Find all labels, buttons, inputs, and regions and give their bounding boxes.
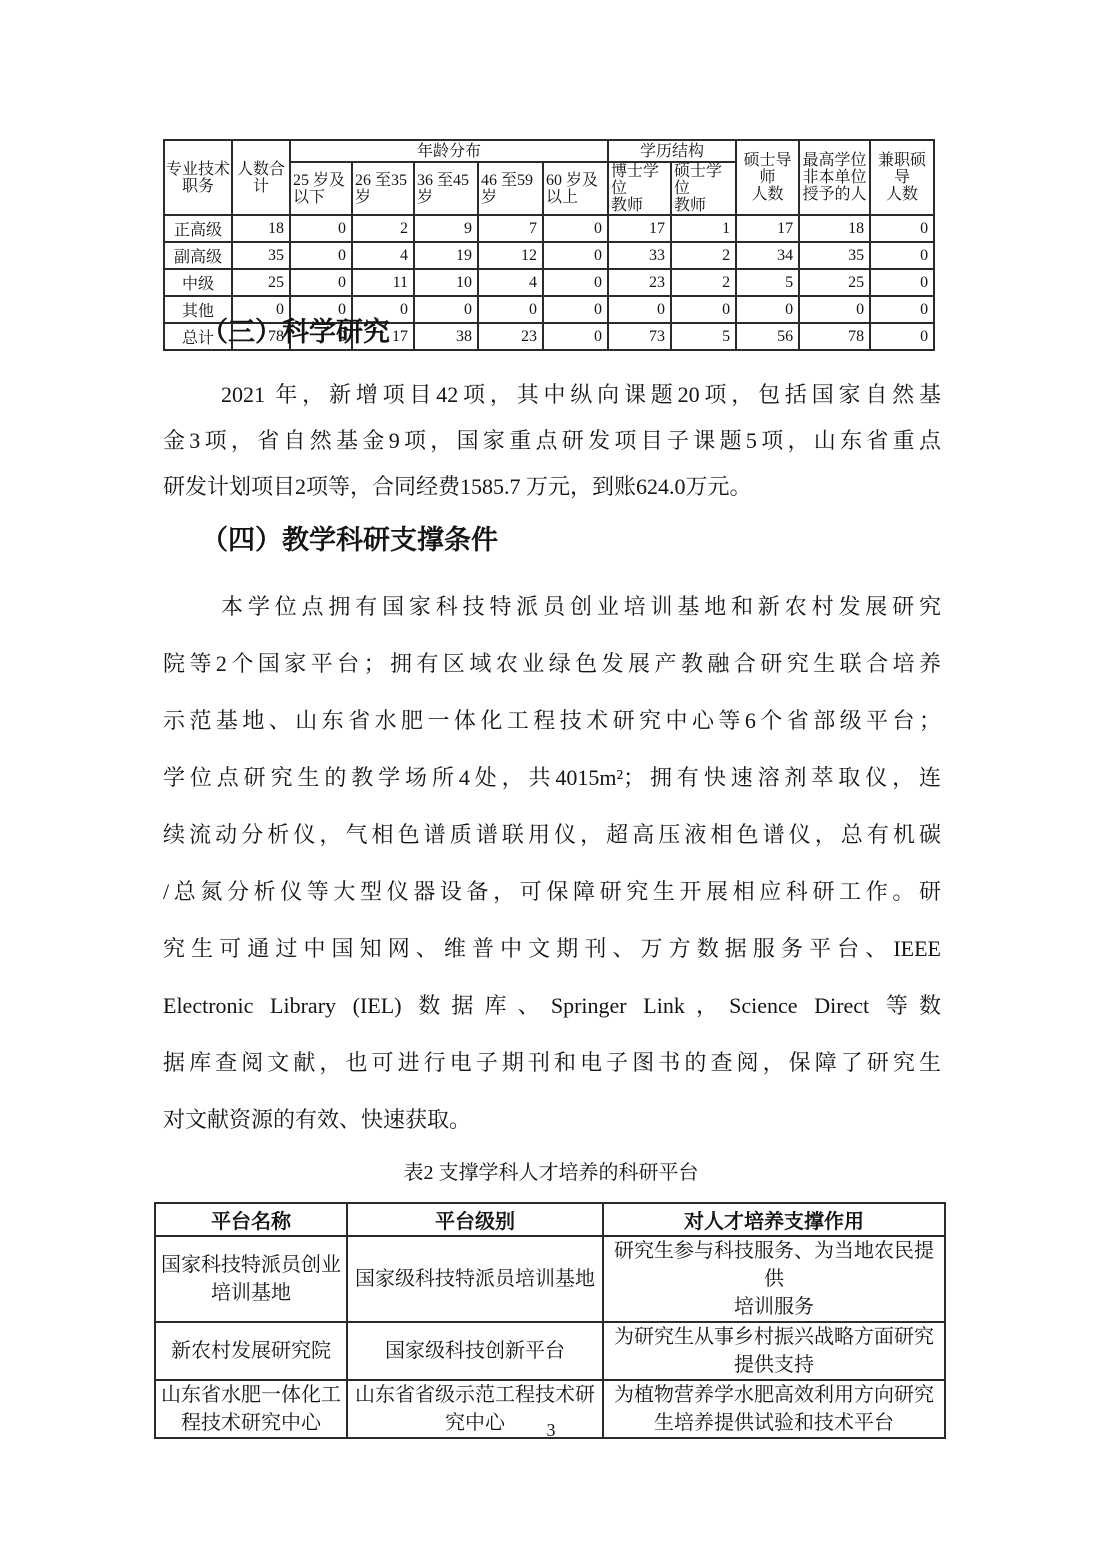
paragraph-line: 示范基地、山东省水肥一体化工程技术研究中心等6个省部级平台； — [163, 692, 941, 749]
document-page: 专业技术 职务 人数合计 年龄分布 学历结构 硕士导师 人数 最高学位 非本单位… — [0, 0, 1102, 1559]
table-cell: 7 — [478, 215, 543, 242]
table-cell: 0 — [543, 215, 608, 242]
header-age-26-35: 26 至35 岁 — [352, 162, 414, 215]
table-cell: 国家科技特派员创业 培训基地 — [155, 1236, 347, 1322]
header-platform-name: 平台名称 — [155, 1203, 347, 1236]
paragraph-line: /总氮分析仪等大型仪器设备，可保障研究生开展相应科研工作。研 — [163, 863, 941, 920]
table-cell: 18 — [232, 215, 290, 242]
header-age-distribution: 年龄分布 — [290, 140, 608, 162]
table-cell: 12 — [478, 242, 543, 269]
paragraph-line: 学位点研究生的教学场所4处，共4015m²；拥有快速溶剂萃取仪，连 — [163, 749, 941, 806]
table-cell: 34 — [736, 242, 799, 269]
table-cell: 17 — [608, 215, 671, 242]
table-cell: 0 — [543, 242, 608, 269]
table-cell: 4 — [352, 242, 414, 269]
row-label: 副高级 — [164, 242, 232, 269]
header-master-teachers: 硕士学位 教师 — [671, 162, 736, 215]
table-cell: 研究生参与科技服务、为当地农民提供 培训服务 — [603, 1236, 945, 1322]
table-cell: 11 — [352, 269, 414, 296]
section-heading-science-research: （三）科学研究 — [163, 314, 979, 350]
header-age-over60: 60 岁及 以上 — [543, 162, 608, 215]
table-cell: 2 — [671, 269, 736, 296]
table-row: 国家科技特派员创业 培训基地 国家级科技特派员培训基地 研究生参与科技服务、为当… — [155, 1236, 945, 1322]
table-cell: 0 — [543, 269, 608, 296]
table-cell: 国家级科技特派员培训基地 — [347, 1236, 603, 1322]
header-doctoral-teachers: 博士学位 教师 — [608, 162, 671, 215]
header-education-structure: 学历结构 — [608, 140, 736, 162]
table-row: 正高级 18 0 2 9 7 0 17 1 17 18 0 — [164, 215, 934, 242]
table-cell: 4 — [478, 269, 543, 296]
paragraph-line: 研发计划项目2项等，合同经费1585.7 万元，到账624.0万元。 — [163, 464, 941, 510]
paragraph-line: 对文献资源的有效、快速获取。 — [163, 1091, 941, 1148]
section-heading-support-conditions: （四）教学科研支撑条件 — [163, 522, 979, 558]
table-cell: 0 — [870, 269, 934, 296]
header-age-46-59: 46 至59 岁 — [478, 162, 543, 215]
table-cell: 0 — [290, 269, 352, 296]
header-age-36-45: 36 至45 岁 — [414, 162, 478, 215]
platform-table: 平台名称 平台级别 对人才培养支撑作用 国家科技特派员创业 培训基地 国家级科技… — [154, 1202, 946, 1439]
table2-caption: 表2 支撑学科人才培养的科研平台 — [0, 1156, 1102, 1185]
table-cell: 9 — [414, 215, 478, 242]
table-cell: 33 — [608, 242, 671, 269]
header-platform-support: 对人才培养支撑作用 — [603, 1203, 945, 1236]
table-cell: 2 — [671, 242, 736, 269]
table-row: 新农村发展研究院 国家级科技创新平台 为研究生从事乡村振兴战略方面研究 提供支持 — [155, 1322, 945, 1380]
table-cell: 国家级科技创新平台 — [347, 1322, 603, 1380]
page-number: 3 — [0, 1420, 1102, 1441]
table-cell: 35 — [799, 242, 870, 269]
table-cell: 17 — [736, 215, 799, 242]
table-cell: 25 — [799, 269, 870, 296]
paragraph-support-conditions: 本学位点拥有国家科技特派员创业培训基地和新农村发展研究 院等2个国家平台；拥有区… — [163, 578, 941, 1148]
table-cell: 5 — [736, 269, 799, 296]
row-label: 正高级 — [164, 215, 232, 242]
header-external-degree: 最高学位 非本单位 授予的人 — [799, 140, 870, 215]
paragraph-line: 续流动分析仪，气相色谱质谱联用仪，超高压液相色谱仪，总有机碳 — [163, 806, 941, 863]
header-age-under25: 25 岁及 以下 — [290, 162, 352, 215]
paragraph-line: 本学位点拥有国家科技特派员创业培训基地和新农村发展研究 — [163, 578, 941, 635]
table-cell: 0 — [290, 215, 352, 242]
header-adjunct-supervisors: 兼职硕导 人数 — [870, 140, 934, 215]
paragraph-research-funding: 2021 年，新增项目42项，其中纵向课题20项，包括国家自然基 金3项，省自然… — [163, 372, 941, 510]
paragraph-line: Electronic Library (IEL) 数据库、Springer Li… — [163, 977, 941, 1034]
table-cell: 为研究生从事乡村振兴战略方面研究 提供支持 — [603, 1322, 945, 1380]
table-cell: 18 — [799, 215, 870, 242]
paragraph-line: 究生可通过中国知网、维普中文期刊、万方数据服务平台、IEEE — [163, 920, 941, 977]
row-label: 中级 — [164, 269, 232, 296]
table-cell: 35 — [232, 242, 290, 269]
table-cell: 10 — [414, 269, 478, 296]
header-job-title: 专业技术 职务 — [164, 140, 232, 215]
table-cell: 25 — [232, 269, 290, 296]
header-total-count: 人数合计 — [232, 140, 290, 215]
header-master-supervisors: 硕士导师 人数 — [736, 140, 799, 215]
paragraph-line: 2021 年，新增项目42项，其中纵向课题20项，包括国家自然基 — [163, 372, 941, 418]
table-cell: 1 — [671, 215, 736, 242]
paragraph-line: 据库查阅文献，也可进行电子期刊和电子图书的查阅，保障了研究生 — [163, 1034, 941, 1091]
table-cell: 2 — [352, 215, 414, 242]
table-row: 中级 25 0 11 10 4 0 23 2 5 25 0 — [164, 269, 934, 296]
header-platform-level: 平台级别 — [347, 1203, 603, 1236]
paragraph-line: 院等2个国家平台；拥有区域农业绿色发展产教融合研究生联合培养 — [163, 635, 941, 692]
table-cell: 新农村发展研究院 — [155, 1322, 347, 1380]
table-row: 副高级 35 0 4 19 12 0 33 2 34 35 0 — [164, 242, 934, 269]
table-cell: 0 — [290, 242, 352, 269]
table-cell: 0 — [870, 215, 934, 242]
table-cell: 0 — [870, 242, 934, 269]
table-cell: 23 — [608, 269, 671, 296]
paragraph-line: 金3项，省自然基金9项，国家重点研发项目子课题5项，山东省重点 — [163, 418, 941, 464]
table-cell: 19 — [414, 242, 478, 269]
